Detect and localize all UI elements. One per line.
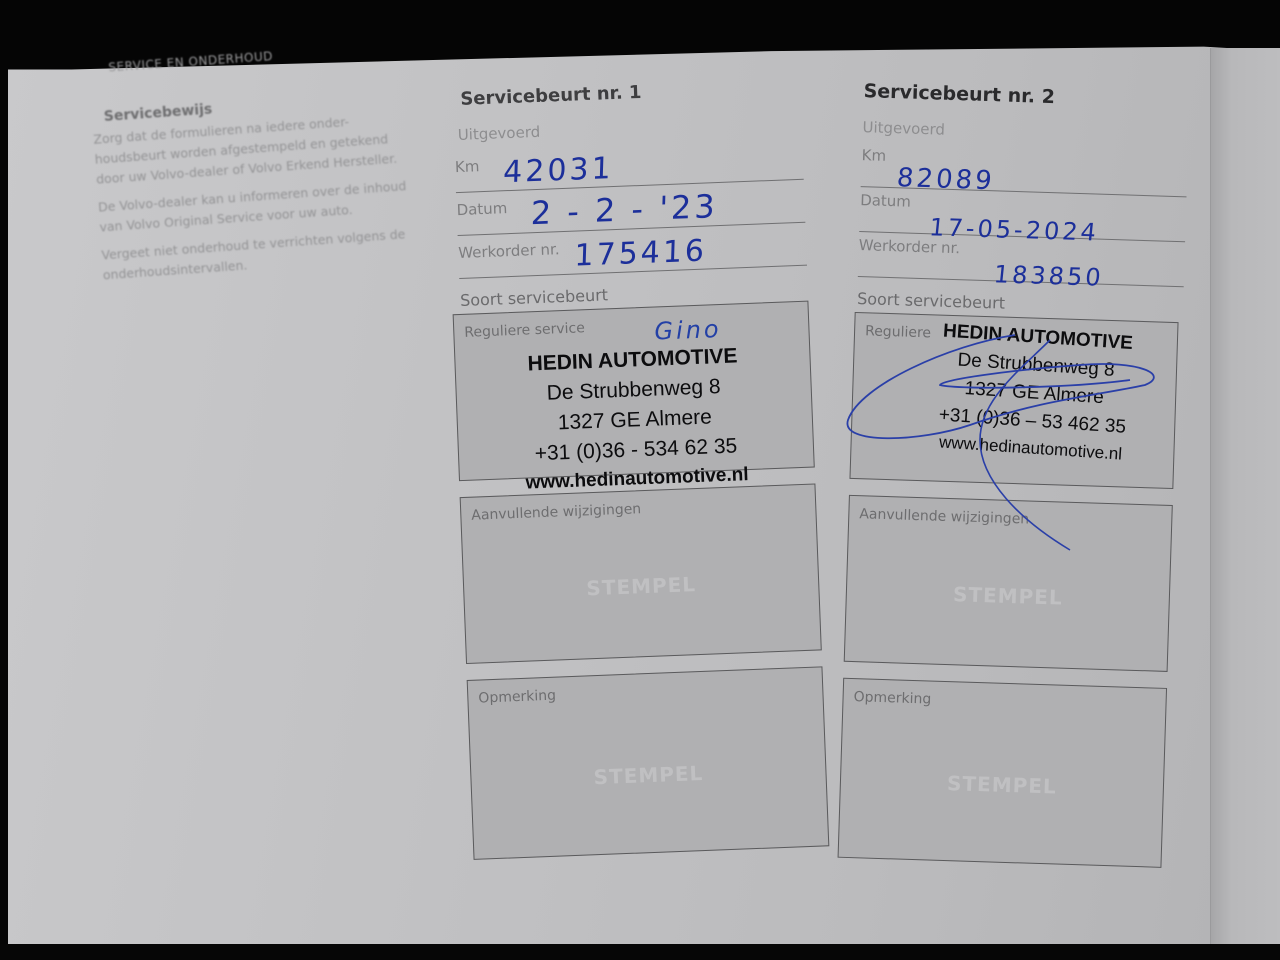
workorder-label: Werkorder nr. [458,240,560,262]
additional-changes-label: Aanvullende wijzigingen [859,506,1029,527]
date-value: 2 - 2 - '23 [530,187,718,232]
workorder-field: Werkorder nr. 183850 [858,232,1185,287]
next-page-edge [1210,48,1280,960]
date-label: Datum [456,199,507,219]
dealer-stamp: HEDIN AUTOMOTIVE De Strubbenweg 8 1327 G… [455,342,814,497]
service-record-1: Servicebeurt nr. 1 Uitgevoerd Km 42031 D… [430,75,839,860]
dealer-stamp: HEDIN AUTOMOTIVE De Strubbenweg 8 1327 G… [889,317,1179,467]
remarks-label: Opmerking [853,689,931,707]
stamp-placeholder: STEMPEL [464,567,819,605]
background-shadow [0,944,1280,960]
service-type-box: Reguliere HEDIN AUTOMOTIVE De Strubbenwe… [849,312,1178,489]
km-value: 42031 [503,151,614,190]
date-label: Datum [860,191,911,211]
performed-label: Uitgevoerd [862,118,1198,147]
km-label: Km [455,157,480,176]
remarks-box: Opmerking STEMPEL [838,678,1167,868]
additional-changes-box: Aanvullende wijzigingen STEMPEL [844,495,1173,672]
section-header: SERVICE EN ONDERHOUD [108,40,408,75]
km-label: Km [861,146,886,165]
stamp-placeholder: STEMPEL [847,578,1170,612]
workorder-label: Werkorder nr. [859,236,961,257]
workorder-value: 183850 [993,260,1105,291]
remarks-label: Opmerking [478,688,556,707]
service-record-2: Servicebeurt nr. 2 Uitgevoerd Km 82089 D… [836,80,1200,868]
stamp-placeholder: STEMPEL [841,768,1164,802]
additional-changes-label: Aanvullende wijzigingen [471,501,641,524]
technician-signature: Gino [654,315,722,346]
workorder-value: 175416 [574,233,708,273]
instructions-column: SERVICE EN ONDERHOUD Servicebewijs Zorg … [88,40,423,294]
remarks-box: Opmerking STEMPEL [467,666,830,860]
stamp-placeholder: STEMPEL [471,756,826,794]
additional-changes-box: Aanvullende wijzigingen STEMPEL [460,483,822,664]
service-type-box: Reguliere service Gino HEDIN AUTOMOTIVE … [453,301,815,482]
service-type-value: Reguliere service [464,320,585,341]
